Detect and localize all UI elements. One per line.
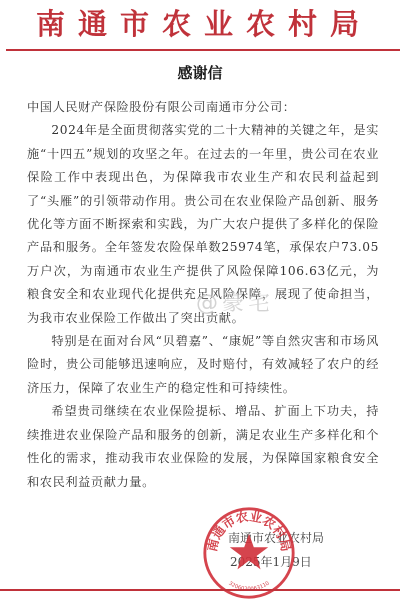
letter-title: 感谢信: [0, 62, 400, 83]
letter-salutation: 中国人民财产保险股份有限公司南通市分公司：: [27, 96, 379, 119]
letterhead-divider: [6, 49, 400, 51]
footer-divider: [0, 589, 400, 591]
letterhead-org-name: 南通市农业农村局: [0, 4, 400, 44]
official-seal: 南通市农业农村局 3206020063110: [201, 505, 297, 600]
letter-paragraph: 希望贵司继续在农业保险提标、增品、扩面上下功夫，持续推进农业保险产品和服务的创新…: [27, 400, 379, 494]
star-icon: [230, 534, 268, 570]
watermark: @豪宅: [196, 286, 274, 317]
letter-paragraph: 特别是在面对台风“贝碧嘉”、“康妮”等自然灾害和市场风险时，贵公司能够迅速响应，…: [27, 330, 379, 400]
